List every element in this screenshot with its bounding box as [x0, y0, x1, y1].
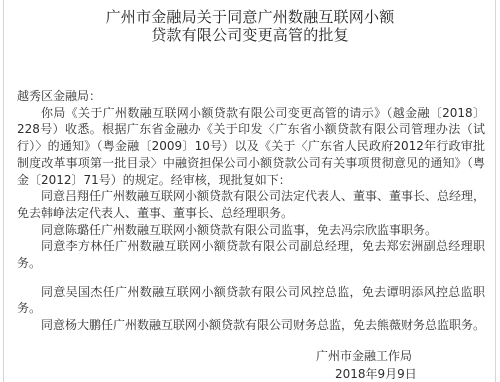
paragraph-basis: 你局《关于广州数融互联网小额贷款有限公司变更高管的请示》（越金融〔2018〕22…: [17, 105, 485, 189]
paragraph-approval-lv-xiang: 同意吕翔任广州数融互联网小额贷款有限公司法定代表人、董事、董事长、总经理，免去韩…: [17, 188, 485, 221]
paragraph-approval-yang-dapeng: 同意杨大鹏任广州数融互联网小额贷款有限公司财务总监，免去熊薇财务总监职务。: [17, 317, 485, 334]
document-title-line-2: 贷款有限公司变更高管的批复: [0, 24, 500, 45]
paragraph-approval-wu-guojie: 同意吴国杰任广州数融互联网小额贷款有限公司风控总监，免去谭明添风控总监职务。: [17, 284, 485, 317]
issue-date: 2018年9月9日: [335, 365, 417, 382]
paragraph-approval-chen-lu: 同意陈璐任广州数融互联网小额贷款有限公司监事，免去冯宗欣监事职务。: [17, 222, 485, 239]
paragraph-gap: [17, 272, 485, 284]
salutation: 越秀区金融局：: [17, 88, 485, 105]
paragraph-approval-li-fanglin: 同意李方林任广州数融互联网小额贷款有限公司副总经理，免去郑宏洲副总经理职务。: [17, 238, 485, 271]
document-body: 越秀区金融局： 你局《关于广州数融互联网小额贷款有限公司变更高管的请示》（越金融…: [17, 88, 485, 334]
issuer-signature: 广州市金融工作局: [316, 347, 412, 364]
